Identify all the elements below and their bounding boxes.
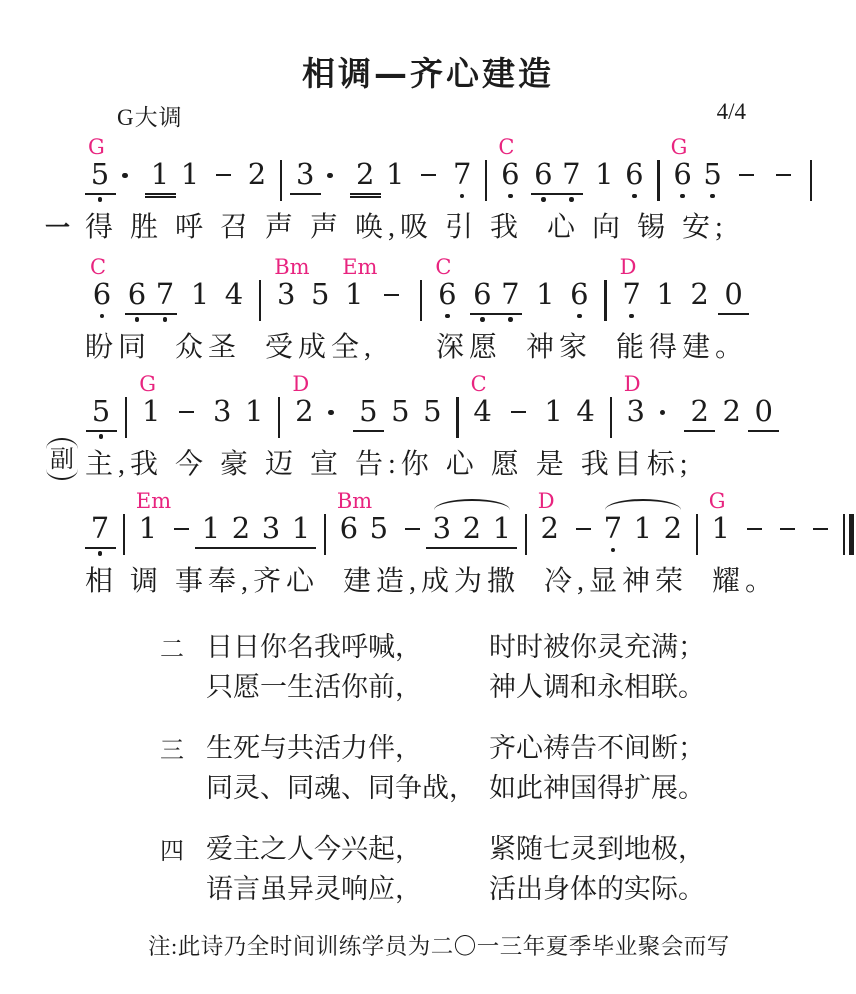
note-number: 0 (753, 395, 775, 428)
verse: 四爱主之人今兴起，紧随七灵到地极，语言虽异灵响应，活出身体的实际。 (160, 829, 705, 909)
duration-underline (145, 193, 176, 195)
lyric-row: 副主,我 今 豪 迈 宣 告:你 心 愿 是 我目标; (45, 442, 856, 484)
verse-line: 同灵、同魂、同争战，如此神国得扩展。 (206, 768, 705, 808)
jianpu-note: 2 (461, 512, 483, 561)
duration-underline (456, 547, 487, 549)
jianpu-note (773, 512, 798, 546)
jianpu-note: D2 (293, 395, 315, 444)
duration-underline (353, 430, 384, 432)
jianpu-note (324, 158, 346, 194)
footnote: 注:此诗乃全时间训练学员为二〇一三年夏季毕业聚会而写 (148, 929, 730, 961)
low-octave-dot (445, 314, 450, 319)
duration-underline (86, 430, 117, 432)
jianpu-note: 7 (154, 278, 176, 327)
jianpu-note (172, 395, 201, 429)
beam-group: 67 (529, 158, 585, 207)
jianpu-note (119, 158, 141, 194)
jianpu-note (377, 278, 406, 312)
jianpu-note: 1 (655, 278, 677, 327)
low-octave-dot (163, 317, 168, 322)
jianpu-row: 7Em11231Bm65321D2712G1 (85, 512, 856, 561)
final-barline (843, 514, 854, 555)
note-number: 5 (421, 395, 443, 428)
duration-underline (748, 430, 779, 432)
note-number: 1 (491, 512, 513, 545)
verse-number: 二 (160, 627, 206, 707)
beam-group: 67 (123, 278, 179, 327)
low-octave-dot (480, 317, 485, 322)
jianpu-note: 2 (354, 158, 376, 207)
jianpu-note: 6 (568, 278, 590, 327)
duration-underline (684, 430, 715, 432)
note-number: 6 (436, 278, 458, 311)
jianpu-note: Em1 (137, 512, 159, 561)
low-octave-dot (508, 317, 513, 322)
barline (324, 514, 326, 555)
low-octave-dot (99, 434, 104, 439)
note-number: 2 (721, 395, 743, 428)
jianpu-note: D7 (621, 278, 643, 327)
jianpu-note: 1 (543, 395, 565, 444)
jianpu-note: 2 (662, 512, 684, 561)
barline (259, 280, 261, 321)
verses-section: 二日日你名我呼喊，时时被你灵充满；只愿一生活你前，神人调和永相联。三生死与共活力… (160, 627, 705, 930)
chord-label: G (139, 374, 156, 394)
jianpu-note: C6 (499, 158, 521, 207)
note-number: 5 (368, 512, 390, 545)
chorus-marker: 副 (48, 447, 76, 473)
note-number: 6 (672, 158, 694, 191)
verse: 三生死与共活力伴，齐心祷告不间断；同灵、同魂、同争战，如此神国得扩展。 (160, 728, 705, 808)
verse-right-phrase: 神人调和永相联。 (489, 667, 705, 707)
jianpu-note: 3 (211, 395, 233, 444)
barline (604, 280, 606, 321)
duration-underline (426, 547, 457, 549)
verse-number: 四 (160, 829, 206, 909)
jianpu-note: 4 (223, 278, 245, 327)
jianpu-note: 6 (471, 278, 493, 327)
jianpu-note (398, 512, 423, 546)
lyric-text: 盼同 众圣 受成全, 深愿 神家 能得建。 (85, 325, 748, 365)
note-number: 1 (343, 278, 365, 311)
stanza-marker: 一 (45, 208, 70, 244)
jianpu-note (167, 512, 192, 546)
verse-line: 语言虽异灵响应，活出身体的实际。 (206, 869, 705, 909)
low-octave-dot (508, 194, 513, 199)
jianpu-note (504, 395, 533, 429)
jianpu-note: C6 (91, 278, 113, 327)
note-number: 4 (223, 278, 245, 311)
jianpu-note: 1 (243, 395, 265, 444)
jianpu-note: 2 (689, 395, 711, 444)
verse-left-phrase: 日日你名我呼喊， (206, 627, 489, 667)
note-number: 5 (702, 158, 724, 191)
chord-label: D (538, 491, 555, 511)
note-number: 1 (384, 158, 406, 191)
note-number: 7 (499, 278, 521, 311)
note-number: 2 (689, 395, 711, 428)
jianpu-note: 3 (431, 512, 453, 561)
rest-note: 0 (753, 395, 775, 444)
note-number: 1 (655, 278, 677, 311)
verse-left-phrase: 同灵、同魂、同争战， (206, 768, 489, 808)
jianpu-note: 7 (499, 278, 521, 327)
rest-note: 0 (723, 278, 745, 327)
jianpu-note (414, 158, 443, 192)
jianpu-note: C6 (436, 278, 458, 327)
chord-label: Em (136, 491, 171, 511)
note-number: 0 (723, 278, 745, 311)
lyric-text: 相 调 事奉,齐心 建造,成为撒 冷,显神荣 耀。 (85, 559, 778, 599)
duration-underline (290, 193, 321, 195)
jianpu-note: Em1 (343, 278, 365, 327)
note-number: 5 (389, 395, 411, 428)
duration-underline (145, 196, 176, 198)
music-system: 5G131D2555C414D3220副主,我 今 豪 迈 宣 告:你 心 愿 … (0, 395, 856, 495)
verse-number: 三 (160, 728, 206, 808)
jianpu-note: 1 (149, 158, 171, 207)
verse-right-phrase: 齐心祷告不间断； (489, 728, 705, 768)
duration-underline (195, 547, 226, 549)
barline (810, 160, 812, 201)
note-number: 4 (472, 395, 494, 428)
note-number: 4 (575, 395, 597, 428)
verse-left-phrase: 语言虽异灵响应， (206, 869, 489, 909)
note-number: 5 (90, 395, 112, 428)
verse-line: 生死与共活力伴，齐心祷告不间断； (206, 728, 705, 768)
jianpu-note: 3 (294, 158, 316, 207)
note-number: 1 (137, 512, 159, 545)
time-signature: 4/4 (717, 99, 746, 125)
jianpu-note: 7 (89, 512, 111, 561)
barline (123, 514, 125, 555)
low-octave-dot (629, 314, 634, 319)
lyric-text: 得 胜 呼 召 声 声 唤,吸 引 我 心 向 锡 安; (85, 205, 728, 245)
lyric-text: 主,我 今 豪 迈 宣 告:你 心 愿 是 我目标; (85, 442, 693, 482)
lyric-row: 盼同 众圣 受成全, 深愿 神家 能得建。 (45, 325, 856, 367)
key-signature: G大调 (117, 99, 183, 132)
jianpu-note: 5 (368, 512, 390, 561)
jianpu-note: 1 (189, 278, 211, 327)
note-number: 1 (140, 395, 162, 428)
note-number: 1 (543, 395, 565, 428)
jianpu-note: G5 (89, 158, 111, 207)
note-number: 6 (568, 278, 590, 311)
barline (485, 160, 487, 201)
note-number: 5 (357, 395, 379, 428)
barline (125, 397, 127, 438)
jianpu-note: 1 (534, 278, 556, 327)
jianpu-note: 2 (721, 395, 743, 444)
jianpu-note: Bm6 (338, 512, 360, 561)
jianpu-note: 1 (384, 158, 406, 207)
note-number: 7 (602, 512, 624, 545)
jianpu-note (209, 158, 238, 192)
beam-line (470, 313, 522, 315)
jianpu-note: 7 (602, 512, 624, 561)
jianpu-note: G1 (140, 395, 162, 444)
note-number: 1 (710, 512, 732, 545)
page-title: 相调—齐心建造 (0, 48, 856, 95)
jianpu-note: 2 (246, 158, 268, 207)
chord-label: Bm (337, 491, 372, 511)
slur-arc (605, 499, 681, 510)
note-number: 1 (534, 278, 556, 311)
jianpu-note: 2 (230, 512, 252, 561)
low-octave-dot (680, 194, 685, 199)
verse-left-phrase: 只愿一生活你前， (206, 667, 489, 707)
low-octave-dot (98, 551, 103, 556)
barline (456, 397, 458, 438)
duration-underline (255, 547, 286, 549)
duration-underline (285, 547, 316, 549)
jianpu-note: 1 (200, 512, 222, 561)
note-number: 1 (593, 158, 615, 191)
note-number: 6 (532, 158, 554, 191)
verse-line: 日日你名我呼喊，时时被你灵充满； (206, 627, 705, 667)
jianpu-row: G51123217C66716G65 (85, 158, 856, 207)
note-number: 6 (471, 278, 493, 311)
note-number: 7 (621, 278, 643, 311)
note-number: 3 (625, 395, 647, 428)
jianpu-note (569, 512, 594, 546)
chord-label: Bm (274, 257, 309, 277)
note-number: 2 (293, 395, 315, 428)
verse-right-phrase: 紧随七灵到地极， (489, 829, 705, 869)
chord-label: D (620, 257, 637, 277)
jianpu-note: 3 (260, 512, 282, 561)
chord-label: C (471, 374, 487, 394)
note-number: 2 (539, 512, 561, 545)
chord-label: G (671, 137, 688, 157)
low-octave-dot (632, 194, 637, 199)
low-octave-dot (710, 194, 715, 199)
note-number: 2 (461, 512, 483, 545)
low-octave-dot (577, 314, 582, 319)
low-octave-dot (135, 317, 140, 322)
jianpu-note: 5 (357, 395, 379, 444)
jianpu-note: 5 (702, 158, 724, 207)
barline (696, 514, 698, 555)
note-number: 1 (243, 395, 265, 428)
chord-label: G (709, 491, 726, 511)
jianpu-note: 5 (309, 278, 331, 327)
jianpu-note: D2 (539, 512, 561, 561)
beam-line (125, 313, 177, 315)
jianpu-note (769, 158, 798, 192)
barline (280, 160, 282, 201)
jianpu-note: 6 (623, 158, 645, 207)
jianpu-note: Bm3 (275, 278, 297, 327)
note-number: 7 (560, 158, 582, 191)
jianpu-note: 6 (532, 158, 554, 207)
barline (610, 397, 612, 438)
note-number: 6 (499, 158, 521, 191)
verse-left-phrase: 生死与共活力伴， (206, 728, 489, 768)
jianpu-row: 5G131D2555C414D3220 (85, 395, 856, 444)
note-number: 1 (189, 278, 211, 311)
duration-underline (350, 196, 381, 198)
note-number: 1 (200, 512, 222, 545)
note-number: 3 (275, 278, 297, 311)
jianpu-note (325, 395, 347, 431)
jianpu-note: 4 (575, 395, 597, 444)
jianpu-note: 1 (179, 158, 201, 207)
jianpu-note (806, 512, 831, 546)
note-number: 2 (246, 158, 268, 191)
chord-label: C (435, 257, 451, 277)
note-number: 6 (126, 278, 148, 311)
jianpu-note: 1 (290, 512, 312, 561)
note-number: 1 (632, 512, 654, 545)
low-octave-dot (460, 194, 465, 199)
verse-right-phrase: 如此神国得扩展。 (489, 768, 705, 808)
slur-arc (434, 499, 510, 510)
verse: 二日日你名我呼喊，时时被你灵充满；只愿一生活你前，神人调和永相联。 (160, 627, 705, 707)
note-number: 6 (338, 512, 360, 545)
chord-label: C (90, 257, 106, 277)
verse-left-phrase: 爱主之人今兴起， (206, 829, 489, 869)
note-number: 3 (211, 395, 233, 428)
barline (657, 160, 659, 201)
music-system: 7Em11231Bm65321D2712G1相 调 事奉,齐心 建造,成为撒 冷… (0, 512, 856, 612)
jianpu-note: 1 (593, 158, 615, 207)
note-number: 7 (89, 512, 111, 545)
jianpu-note: 6 (126, 278, 148, 327)
barline (420, 280, 422, 321)
jianpu-note (740, 512, 765, 546)
hymn-sheet: 相调—齐心建造 G大调 4/4 G51123217C66716G65一得 胜 呼… (0, 0, 856, 994)
jianpu-note: C4 (472, 395, 494, 444)
jianpu-note (732, 158, 761, 192)
duration-underline (85, 547, 116, 549)
low-octave-dot (541, 197, 546, 202)
lyric-row: 一得 胜 呼 召 声 声 唤,吸 引 我 心 向 锡 安; (45, 205, 856, 247)
note-number: 3 (260, 512, 282, 545)
music-system: C66714Bm35Em1C66716D7120盼同 众圣 受成全, 深愿 神家… (0, 278, 856, 378)
note-number: 6 (91, 278, 113, 311)
note-number: 1 (149, 158, 171, 191)
jianpu-note: 7 (451, 158, 473, 207)
duration-underline (225, 547, 256, 549)
verse-line: 爱主之人今兴起，紧随七灵到地极， (206, 829, 705, 869)
chord-label: G (88, 137, 105, 157)
low-octave-dot (569, 197, 574, 202)
jianpu-note: 5 (90, 395, 112, 444)
note-number: 6 (623, 158, 645, 191)
note-number: 7 (154, 278, 176, 311)
chord-label: Em (342, 257, 377, 277)
jianpu-note: G6 (672, 158, 694, 207)
jianpu-note: 1 (491, 512, 513, 561)
beam-line (531, 193, 583, 195)
jianpu-note: 1 (632, 512, 654, 561)
verse-right-phrase: 活出身体的实际。 (489, 869, 705, 909)
jianpu-row: C66714Bm35Em1C66716D7120 (85, 278, 856, 327)
barline (525, 514, 527, 555)
note-number: 2 (354, 158, 376, 191)
slur-group: 321 (427, 512, 517, 561)
low-octave-dot (611, 548, 616, 553)
slur-group: 712 (598, 512, 688, 561)
jianpu-note: G1 (710, 512, 732, 561)
duration-underline (350, 193, 381, 195)
jianpu-note (657, 395, 679, 431)
verse-right-phrase: 时时被你灵充满； (489, 627, 705, 667)
duration-underline (486, 547, 517, 549)
chord-label: D (624, 374, 641, 394)
lyric-row: 相 调 事奉,齐心 建造,成为撒 冷,显神荣 耀。 (45, 559, 856, 601)
note-number: 2 (230, 512, 252, 545)
note-number: 2 (662, 512, 684, 545)
low-octave-dot (100, 314, 105, 319)
chord-label: D (292, 374, 309, 394)
music-system: G51123217C66716G65一得 胜 呼 召 声 声 唤,吸 引 我 心… (0, 158, 856, 258)
note-number: 3 (294, 158, 316, 191)
note-number: 5 (89, 158, 111, 191)
jianpu-note: D3 (625, 395, 647, 444)
duration-underline (85, 193, 116, 195)
barline (278, 397, 280, 438)
jianpu-note: 5 (389, 395, 411, 444)
note-number: 7 (451, 158, 473, 191)
jianpu-note: 7 (560, 158, 582, 207)
chord-label: C (498, 137, 514, 157)
note-number: 3 (431, 512, 453, 545)
note-number: 5 (309, 278, 331, 311)
low-octave-dot (98, 197, 103, 202)
jianpu-note: 2 (689, 278, 711, 327)
note-number: 1 (179, 158, 201, 191)
verse-line: 只愿一生活你前，神人调和永相联。 (206, 667, 705, 707)
jianpu-note: 5 (421, 395, 443, 444)
note-number: 2 (689, 278, 711, 311)
duration-underline (718, 313, 749, 315)
note-number: 1 (290, 512, 312, 545)
beam-group: 67 (468, 278, 524, 327)
